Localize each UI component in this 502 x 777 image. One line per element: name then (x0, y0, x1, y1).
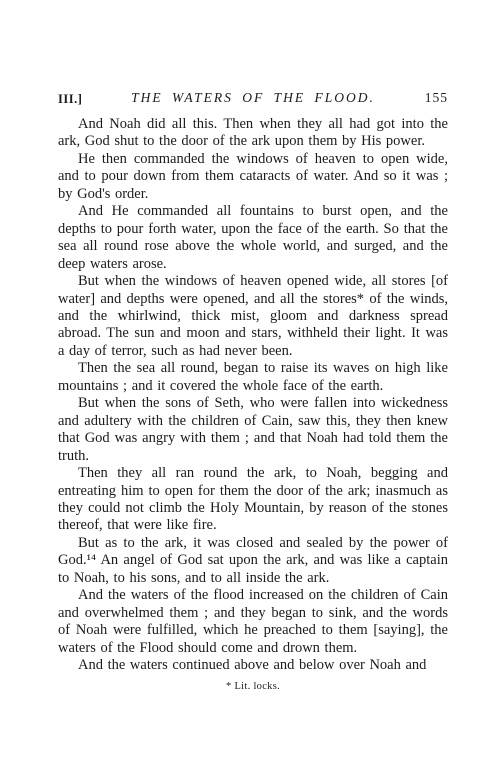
page-content: III.] THE WATERS OF THE FLOOD. 155 And N… (58, 91, 448, 692)
paragraph: But as to the ark, it was closed and sea… (58, 535, 448, 587)
book-page-scan: III.] THE WATERS OF THE FLOOD. 155 And N… (0, 0, 502, 777)
page-number: 155 (425, 91, 448, 105)
running-head: III.] THE WATERS OF THE FLOOD. 155 (58, 91, 448, 106)
paragraph: But when the sons of Seth, who were fall… (58, 395, 448, 465)
chapter-marker: III.] (58, 92, 82, 106)
paragraph: And Noah did all this. Then when they al… (58, 116, 448, 151)
running-title: THE WATERS OF THE FLOOD. (58, 91, 448, 105)
body-text: And Noah did all this. Then when they al… (58, 116, 448, 675)
paragraph: And He commanded all fountains to burst … (58, 203, 448, 273)
paragraph: Then they all ran round the ark, to Noah… (58, 465, 448, 535)
paragraph: Then the sea all round, began to raise i… (58, 360, 448, 395)
paragraph: And the waters of the flood increased on… (58, 587, 448, 657)
paragraph: He then commanded the windows of heaven … (58, 151, 448, 203)
paragraph: And the waters continued above and below… (58, 657, 448, 674)
paragraph: But when the windows of heaven opened wi… (58, 273, 448, 360)
footnote: * Lit. locks. (58, 681, 448, 692)
